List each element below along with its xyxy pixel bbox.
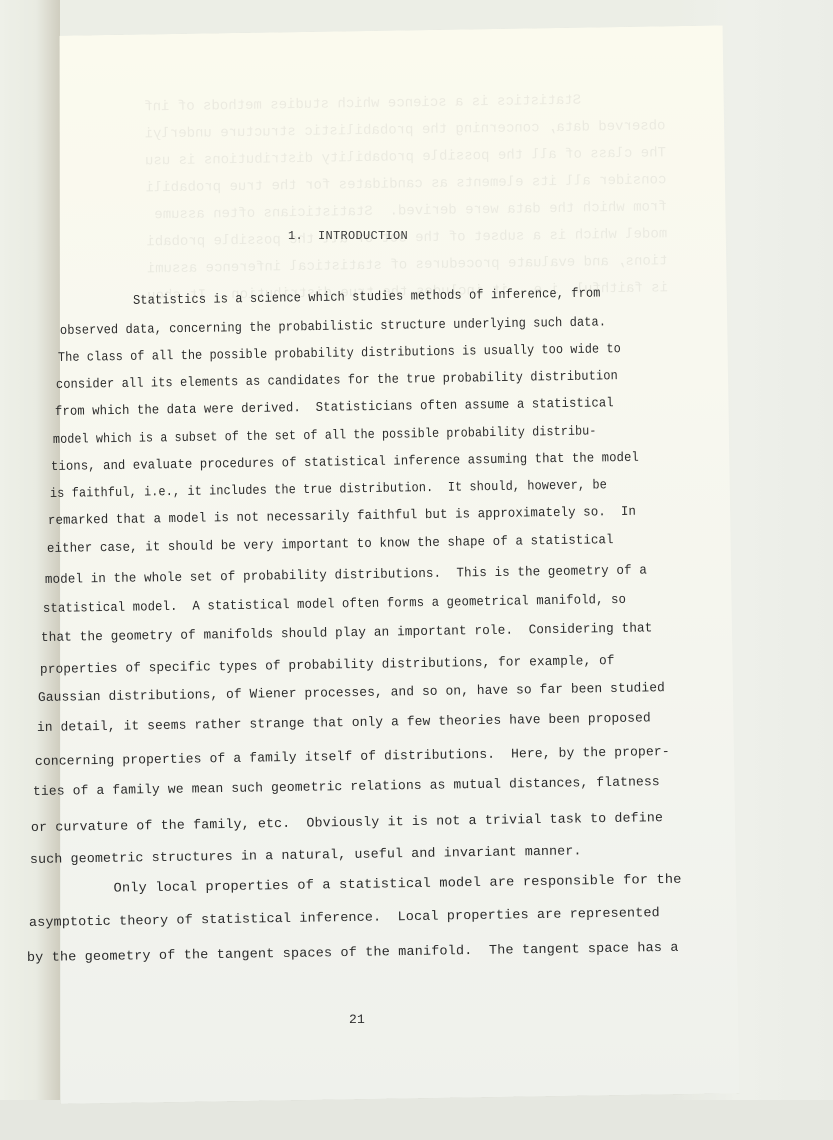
text-line: or curvature of the family, etc. Obvious… xyxy=(31,810,663,835)
text-line: concerning properties of a family itself… xyxy=(35,744,670,769)
text-line: remarked that a model is not necessarily… xyxy=(48,504,636,528)
text-line: asymptotic theory of statistical inferen… xyxy=(29,905,660,930)
text-line: by the geometry of the tangent spaces of… xyxy=(27,940,679,965)
text-line: The class of all the possible probabilit… xyxy=(58,341,621,365)
text-line: in detail, it seems rather strange that … xyxy=(37,710,651,735)
text-line: such geometric structures in a natural, … xyxy=(30,843,582,867)
text-line: that the geometry of manifolds should pl… xyxy=(41,620,653,645)
text-line: from which the data were derived. Statis… xyxy=(55,395,614,419)
section-heading: 1. INTRODUCTION xyxy=(288,229,408,243)
text-line: Gaussian distributions, of Wiener proces… xyxy=(38,680,665,705)
text-line: model which is a subset of the set of al… xyxy=(53,423,597,447)
text-line: Only local properties of a statistical m… xyxy=(30,872,682,897)
page-number: 21 xyxy=(349,1012,365,1027)
text-line: ties of a family we mean such geometric … xyxy=(33,774,660,799)
text-line: statistical model. A statistical model o… xyxy=(43,592,626,616)
page-text: 1. INTRODUCTION Statistics is a science … xyxy=(0,0,833,1140)
text-line: properties of specific types of probabil… xyxy=(40,653,615,677)
text-line: Statistics is a science which studies me… xyxy=(60,286,601,309)
text-line: consider all its elements as candidates … xyxy=(56,368,618,392)
text-line: model in the whole set of probability di… xyxy=(45,563,647,587)
text-line: tions, and evaluate procedures of statis… xyxy=(51,450,639,474)
text-line: either case, it should be very important… xyxy=(47,532,614,556)
text-line: is faithful, i.e., it includes the true … xyxy=(50,477,607,501)
text-line: observed data, concerning the probabilis… xyxy=(60,314,606,338)
